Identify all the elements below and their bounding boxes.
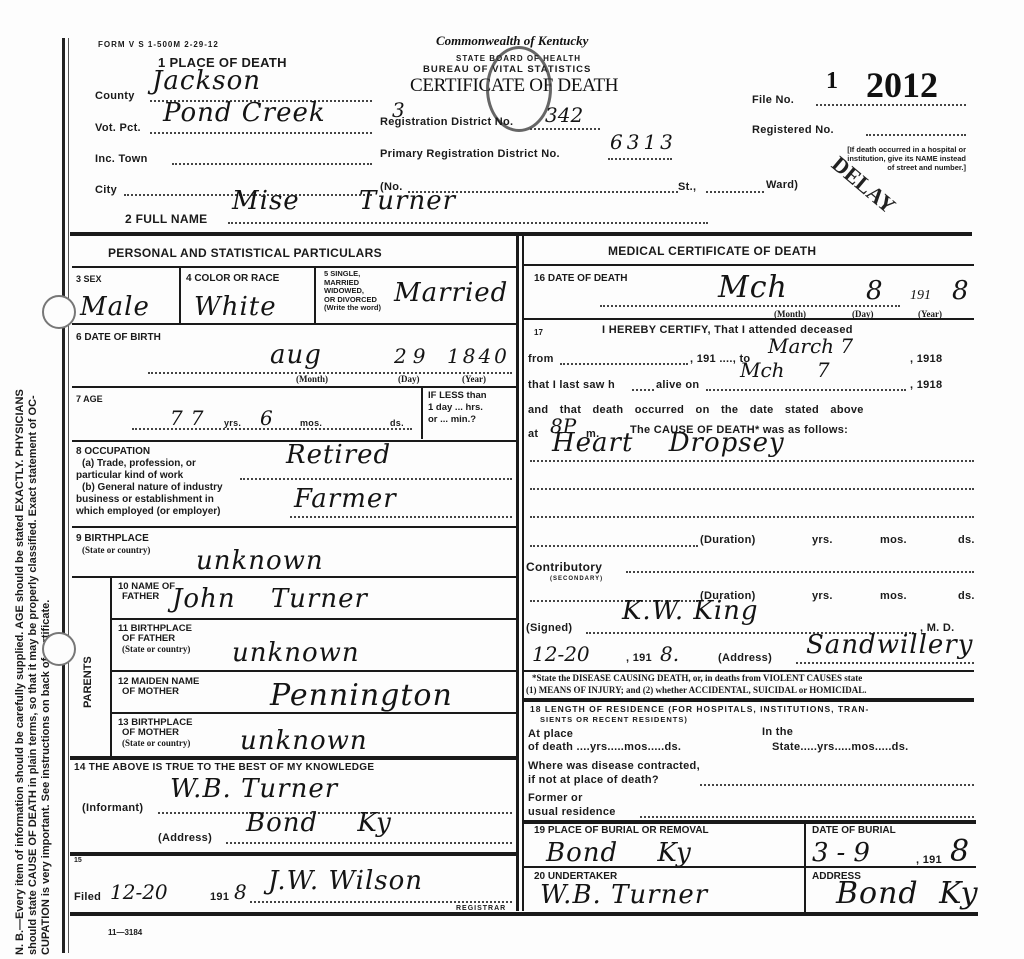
- residence-label-2: SIENTS OR RECENT RESIDENTS): [540, 715, 688, 725]
- birthplace-value: unknown: [196, 546, 324, 576]
- dod-label: 16 DATE OF DEATH: [534, 274, 628, 284]
- less-than-3: or ... min.?: [428, 414, 487, 426]
- parents-divider: [110, 577, 112, 757]
- former-line: [640, 816, 974, 818]
- dod-day: 8: [866, 276, 884, 306]
- full-name-label: 2 FULL NAME: [125, 212, 207, 226]
- marital-label: 5 SINGLE, MARRIED WIDOWED, OR DIVORCED (…: [324, 270, 381, 313]
- vot-pct-value: Pond Creek: [163, 98, 326, 128]
- last-saw-year: , 1918: [910, 379, 942, 391]
- contracted-1: Where was disease contracted,: [528, 760, 700, 772]
- birthplace-sub: (State or country): [82, 545, 150, 555]
- attended-to-year: , 1918: [910, 353, 942, 365]
- age-label: 7 AGE: [76, 394, 103, 404]
- occ-b-1: (b) General nature of industry: [76, 482, 223, 494]
- row-rule-cert: [524, 318, 974, 320]
- contributory-label: Contributory: [526, 560, 602, 574]
- former-1: Former or: [528, 792, 583, 804]
- full-name-line: [228, 222, 708, 224]
- footnote-rule-bottom: [524, 698, 974, 702]
- mother-bp-3: (State or country): [118, 738, 192, 748]
- registered-no-line: [866, 134, 966, 136]
- row-rule-age: [72, 386, 516, 388]
- bottom-rule: [70, 912, 978, 916]
- row-rule-mother: [112, 670, 516, 672]
- primary-reg-line: [608, 158, 672, 160]
- inc-town-label: Inc. Town: [95, 153, 148, 165]
- race-marital-divider: [314, 267, 316, 323]
- age-mos-label: mos.: [300, 418, 322, 428]
- occupation-block: 8 OCCUPATION (a) Trade, profession, or p…: [76, 446, 223, 518]
- cause-line-1: [530, 460, 974, 462]
- birthplace-label: 9 BIRTHPLACE: [76, 534, 149, 544]
- reg-district-label: Registration District No.: [380, 116, 513, 128]
- sign-date: 12-20: [532, 642, 590, 666]
- duration-label: (Duration): [700, 534, 756, 546]
- mother-bp-label: 13 BIRTHPLACE OF MOTHER (State or countr…: [118, 718, 192, 748]
- last-saw-value: Mch 7: [740, 358, 830, 382]
- vot-pct-label: Vot. Pct.: [95, 122, 141, 134]
- cert-number: 17: [534, 328, 543, 338]
- cause-line-3: [530, 516, 974, 518]
- race-value: White: [194, 292, 277, 322]
- in-state-1: In the: [762, 726, 793, 738]
- informant-address-line: [226, 842, 512, 844]
- burial-place-label: 19 PLACE OF BURIAL OR REMOVAL: [534, 826, 709, 836]
- file-no-label: File No.: [752, 94, 794, 106]
- dob-line: [148, 372, 512, 374]
- primary-reg-label: Primary Registration District No.: [380, 148, 560, 160]
- burial-rule-top: [524, 820, 976, 824]
- dod-month: Mch: [718, 270, 788, 305]
- residence-label-1: 18 LENGTH OF RESIDENCE (FOR HOSPITALS, I…: [530, 704, 869, 714]
- at-place-2: of death ....yrs.....mos.....ds.: [528, 741, 681, 753]
- county-label: County: [95, 90, 135, 102]
- father-label-2: FATHER: [118, 592, 175, 602]
- reg-district-value: 342: [545, 103, 583, 127]
- occ-b-2: business or establishment in: [76, 494, 223, 506]
- personal-heading: PERSONAL AND STATISTICAL PARTICULARS: [108, 246, 382, 260]
- father-value: John Turner: [172, 584, 368, 614]
- age-yrs-label: yrs.: [224, 418, 241, 428]
- sex-race-divider: [179, 267, 181, 323]
- medical-heading: MEDICAL CERTIFICATE OF DEATH: [608, 244, 816, 258]
- informant-label: (Informant): [82, 802, 143, 814]
- father-bp-2: OF FATHER: [118, 634, 192, 644]
- footnote-2: (1) MEANS OF INJURY; and (2) whether ACC…: [526, 685, 867, 695]
- dod-year-suffix: 8: [952, 276, 970, 306]
- burial-place-value: Bond Ky: [546, 838, 692, 868]
- parents-side-label: PARENTS: [82, 656, 95, 708]
- informant-value: W.B. Turner: [170, 774, 338, 804]
- less-than-note: IF LESS than 1 day ... hrs. or ... min.?: [428, 390, 487, 426]
- row-rule-father-bp: [112, 618, 516, 620]
- sex-label: 3 SEX: [76, 274, 102, 284]
- registered-no-label: Registered No.: [752, 124, 834, 136]
- age-months: 6: [260, 406, 273, 430]
- cause-value: Heart Dropsey: [552, 428, 785, 458]
- signed-label: (Signed): [526, 622, 572, 634]
- header-divider: [70, 232, 972, 236]
- signer-address-line: [796, 662, 974, 664]
- father-bp-label: 11 BIRTHPLACE OF FATHER (State or countr…: [118, 624, 192, 654]
- footnote-1: *State the DISEASE CAUSING DEATH, or, in…: [532, 673, 862, 683]
- death-occurred-line: and that death occurred on the date stat…: [528, 404, 864, 416]
- alive-on-label: alive on: [656, 379, 699, 391]
- duration-yrs: yrs.: [812, 534, 833, 546]
- punch-hole-bottom: [42, 632, 76, 666]
- undertaker-address-value: Bond Ky: [836, 876, 979, 911]
- burial-row-rule: [524, 866, 976, 868]
- ward-line: [706, 191, 764, 193]
- side-instructions: N. B.—Every item of information should b…: [14, 55, 53, 955]
- occ-b-3: which employed (or employer): [76, 506, 223, 518]
- dod-year-prefix: 191: [910, 288, 931, 304]
- occ-a-1: (a) Trade, profession, or: [76, 458, 223, 470]
- occupation-label: 8 OCCUPATION: [76, 446, 223, 458]
- inc-town-line: [172, 163, 372, 165]
- from-line: [560, 363, 688, 365]
- punch-hole-top: [42, 295, 76, 329]
- burial-year-prefix: , 191: [916, 854, 942, 866]
- filed-date: 12-20: [110, 880, 168, 904]
- dob-day-caption: (Day): [398, 374, 420, 384]
- st-label: St.,: [678, 181, 696, 193]
- age-years: 77: [170, 406, 211, 430]
- in-state-2: State.....yrs.....mos.....ds.: [772, 741, 908, 753]
- contracted-2: if not at place of death?: [528, 774, 659, 786]
- occ-b-value: Farmer: [294, 484, 397, 514]
- undertaker-value: W.B. Turner: [540, 880, 708, 910]
- city-label: City: [95, 184, 117, 196]
- last-saw-label: that I last saw h: [528, 379, 615, 391]
- duration-ds-2: ds.: [958, 590, 975, 602]
- duration-mos: mos.: [880, 534, 907, 546]
- marital-label-5: (Write the word): [324, 304, 381, 313]
- at-label: at: [528, 428, 538, 440]
- duration-yrs-2: yrs.: [812, 590, 833, 602]
- less-than-2: 1 day ... hrs.: [428, 402, 487, 414]
- filed-label: Filed: [74, 891, 101, 903]
- form-number: FORM V S 1-500M 2-29-12: [98, 40, 219, 50]
- informant-heading: 14 THE ABOVE IS TRUE TO THE BEST OF MY K…: [74, 762, 374, 773]
- mother-label: 12 MAIDEN NAME OF MOTHER: [118, 677, 199, 697]
- attended-to-value: March 7: [768, 334, 853, 358]
- sign-year-suffix: 8.: [660, 642, 679, 666]
- filing-number: 15: [74, 856, 82, 866]
- occ-a-line: [240, 478, 512, 480]
- file-no-mark: 1: [826, 68, 838, 95]
- informant-address-value: Bond Ky: [246, 808, 392, 838]
- at-place-1: At place: [528, 728, 573, 740]
- duration-mos-2: mos.: [880, 590, 907, 602]
- secondary-label: (SECONDARY): [550, 574, 603, 584]
- left-border-line-inner: [68, 38, 69, 953]
- reg-district-line: [530, 128, 600, 130]
- mother-bp-2: OF MOTHER: [118, 728, 192, 738]
- duration-line: [530, 545, 698, 547]
- mother-label-2: OF MOTHER: [118, 687, 199, 697]
- contracted-line: [700, 784, 974, 786]
- from-label: from: [528, 353, 554, 365]
- county-value: Jackson: [152, 66, 261, 96]
- personal-heading-rule: [72, 266, 516, 268]
- row-rule-mother-bp: [112, 712, 516, 714]
- burial-year-suffix: 8: [950, 834, 970, 869]
- father-bp-3: (State or country): [118, 644, 192, 654]
- row-rule-filed: [70, 852, 516, 856]
- father-label: 10 NAME OF FATHER: [118, 582, 175, 602]
- mother-value: Pennington: [270, 678, 453, 713]
- father-bp-value: unknown: [232, 638, 360, 668]
- mother-bp-value: unknown: [240, 726, 368, 756]
- alive-on-line: [706, 389, 906, 391]
- row-rule-birthplace: [72, 526, 516, 528]
- former-2: usual residence: [528, 806, 616, 818]
- registrar-value: J.W. Wilson: [268, 866, 423, 896]
- occ-a-value: Retired: [286, 440, 391, 470]
- signed-value: K.W. King: [622, 596, 759, 626]
- signer-address-value: Sandwillery: [806, 630, 973, 660]
- filed-year-suffix: 8: [234, 880, 247, 904]
- age-ds-label: ds.: [390, 418, 404, 428]
- center-divider-inner: [522, 236, 524, 911]
- form-code: 11—3184: [108, 928, 142, 938]
- side-note-line-1: N. B.—Every item of information should b…: [14, 55, 27, 955]
- dob-year-caption: (Year): [462, 374, 486, 384]
- row-rule-informant: [70, 756, 516, 760]
- dob-month: aug: [270, 340, 322, 370]
- row-rule-parents: [72, 576, 516, 578]
- dob-year: 1840: [447, 344, 510, 368]
- filed-year-prefix: 191: [210, 891, 229, 903]
- contributory-line: [626, 571, 974, 573]
- marital-value: Married: [394, 278, 508, 308]
- left-border-line: [62, 38, 65, 953]
- occ-a-2: particular kind of work: [76, 470, 223, 482]
- race-label: 4 COLOR OR RACE: [186, 274, 279, 284]
- sign-year-prefix: , 191: [626, 652, 652, 664]
- file-no-value: 2012: [866, 64, 938, 106]
- ward-label: Ward): [766, 179, 798, 191]
- vot-pct-line: [150, 132, 372, 134]
- signer-address-label: (Address): [718, 652, 772, 664]
- age-less-divider: [421, 387, 423, 439]
- dob-month-caption: (Month): [296, 374, 328, 384]
- primary-reg-value: 6313: [610, 130, 677, 154]
- side-note-line-3: CUPATION is very important. See instruct…: [40, 55, 53, 955]
- footnote-rule-top: [524, 670, 974, 672]
- occ-b-line: [290, 516, 512, 518]
- medical-heading-rule: [524, 264, 974, 266]
- row-rule-dob: [72, 323, 516, 325]
- burial-date-value: 3-9: [812, 838, 878, 868]
- side-note-line-2: should state CAUSE OF DEATH in plain ter…: [27, 55, 40, 955]
- full-name-value: Mise Turner: [232, 186, 456, 216]
- sex-value: Male: [80, 292, 150, 322]
- cause-line-2: [530, 488, 974, 490]
- informant-address-label: (Address): [158, 832, 212, 844]
- last-saw-line: [632, 389, 654, 391]
- dob-day: 29: [394, 344, 431, 368]
- less-than-1: IF LESS than: [428, 390, 487, 402]
- burial-date-label: DATE OF BURIAL: [812, 826, 896, 836]
- duration-ds: ds.: [958, 534, 975, 546]
- center-divider: [516, 236, 519, 911]
- dob-label: 6 DATE OF BIRTH: [76, 333, 161, 343]
- registrar-line: [250, 901, 512, 903]
- dod-line: [600, 305, 900, 307]
